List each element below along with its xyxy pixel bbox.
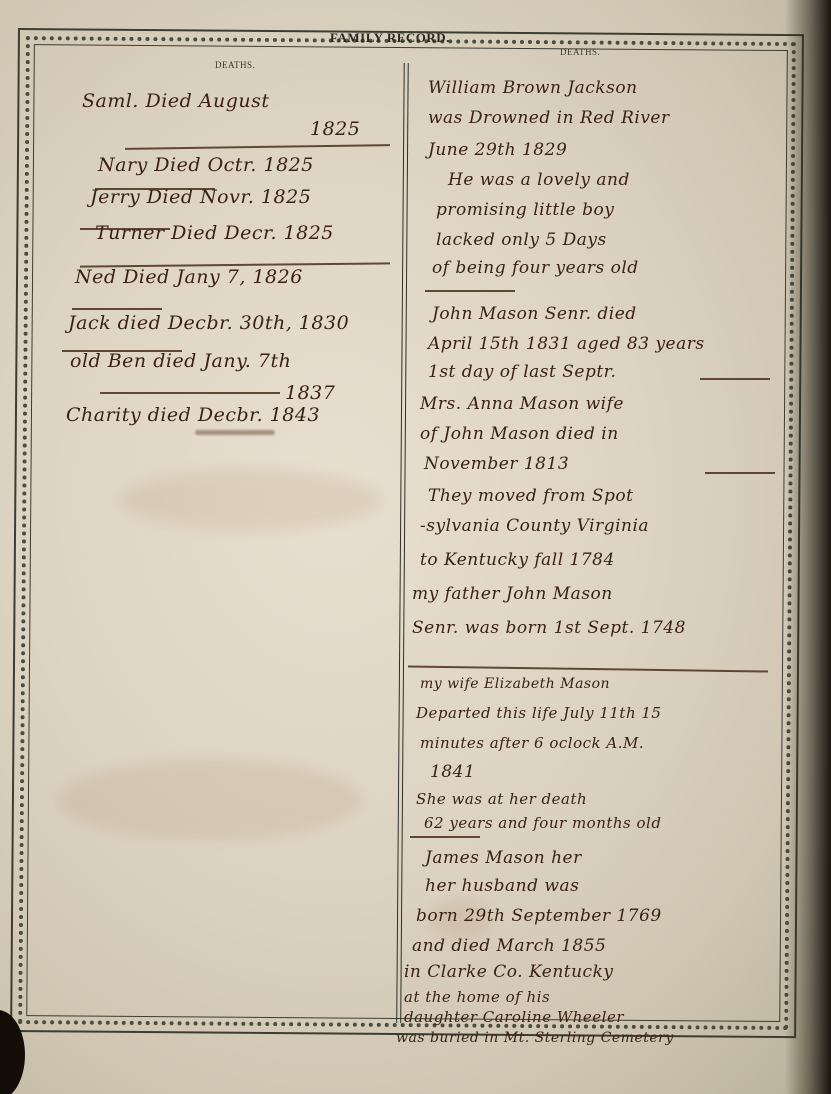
entry-line: They moved from Spot bbox=[428, 486, 633, 506]
left-column-heading: DEATHS. bbox=[215, 60, 255, 70]
entry-line: Ned Died Jany 7, 1826 bbox=[75, 266, 303, 288]
decorative-border bbox=[10, 28, 804, 1038]
entry-line: 1837 bbox=[285, 382, 335, 404]
entry-line: my wife Elizabeth Mason bbox=[420, 676, 610, 692]
right-column-heading: DEATHS. bbox=[560, 47, 600, 57]
entry-line: of being four years old bbox=[432, 258, 639, 278]
entry-separator bbox=[705, 472, 775, 474]
entry-line: Turner Died Decr. 1825 bbox=[95, 222, 334, 244]
entry-line: Departed this life July 11th 15 bbox=[416, 704, 661, 722]
entry-line: 1st day of last Septr. bbox=[428, 362, 616, 382]
entry-separator bbox=[410, 836, 480, 838]
entry-line: her husband was bbox=[425, 876, 579, 896]
entry-line: Charity died Decbr. 1843 bbox=[66, 404, 320, 426]
entry-line: was buried in Mt. Sterling Cemetery bbox=[396, 1030, 674, 1046]
entry-line: April 15th 1831 aged 83 years bbox=[428, 334, 705, 354]
entry-line: daughter Caroline Wheeler bbox=[404, 1008, 624, 1026]
ink-smudge bbox=[195, 430, 275, 435]
entry-separator bbox=[700, 378, 770, 380]
entry-line: old Ben died Jany. 7th bbox=[70, 350, 291, 372]
entry-line: She was at her death bbox=[416, 790, 587, 808]
entry-line: and died March 1855 bbox=[412, 936, 606, 956]
entry-line: June 29th 1829 bbox=[428, 140, 567, 160]
page-edge-shadow bbox=[785, 0, 831, 1094]
entry-line: 1841 bbox=[430, 762, 475, 782]
page-title: FAMILY RECORD. bbox=[330, 30, 450, 46]
entry-line: was Drowned in Red River bbox=[428, 108, 670, 128]
entry-line: John Mason Senr. died bbox=[432, 304, 637, 324]
entry-separator bbox=[425, 290, 515, 292]
entry-line: James Mason her bbox=[425, 848, 582, 868]
entry-line: minutes after 6 oclock A.M. bbox=[420, 734, 644, 752]
entry-line: He was a lovely and bbox=[448, 170, 630, 190]
entry-line: lacked only 5 Days bbox=[436, 230, 607, 250]
entry-line: -sylvania County Virginia bbox=[420, 516, 649, 536]
entry-line: in Clarke Co. Kentucky bbox=[404, 962, 613, 982]
entry-line: Saml. Died August bbox=[82, 90, 270, 112]
entry-line: 1825 bbox=[310, 118, 360, 140]
entry-line: November 1813 bbox=[424, 454, 569, 474]
entry-line: Senr. was born 1st Sept. 1748 bbox=[412, 618, 686, 638]
entry-line: William Brown Jackson bbox=[428, 78, 638, 98]
entry-line: my father John Mason bbox=[412, 584, 613, 604]
entry-separator bbox=[72, 308, 162, 310]
entry-line: of John Mason died in bbox=[420, 424, 619, 444]
entry-line: 62 years and four months old bbox=[424, 814, 661, 832]
entry-line: to Kentucky fall 1784 bbox=[420, 550, 615, 570]
entry-line: promising little boy bbox=[436, 200, 614, 220]
entry-line: Jerry Died Novr. 1825 bbox=[90, 186, 311, 208]
entry-separator bbox=[100, 392, 280, 394]
entry-line: Jack died Decbr. 30th, 1830 bbox=[68, 312, 349, 334]
entry-line: Mrs. Anna Mason wife bbox=[420, 394, 624, 414]
entry-line: at the home of his bbox=[404, 988, 550, 1006]
entry-line: born 29th September 1769 bbox=[416, 906, 662, 926]
entry-line: Nary Died Octr. 1825 bbox=[98, 154, 314, 176]
